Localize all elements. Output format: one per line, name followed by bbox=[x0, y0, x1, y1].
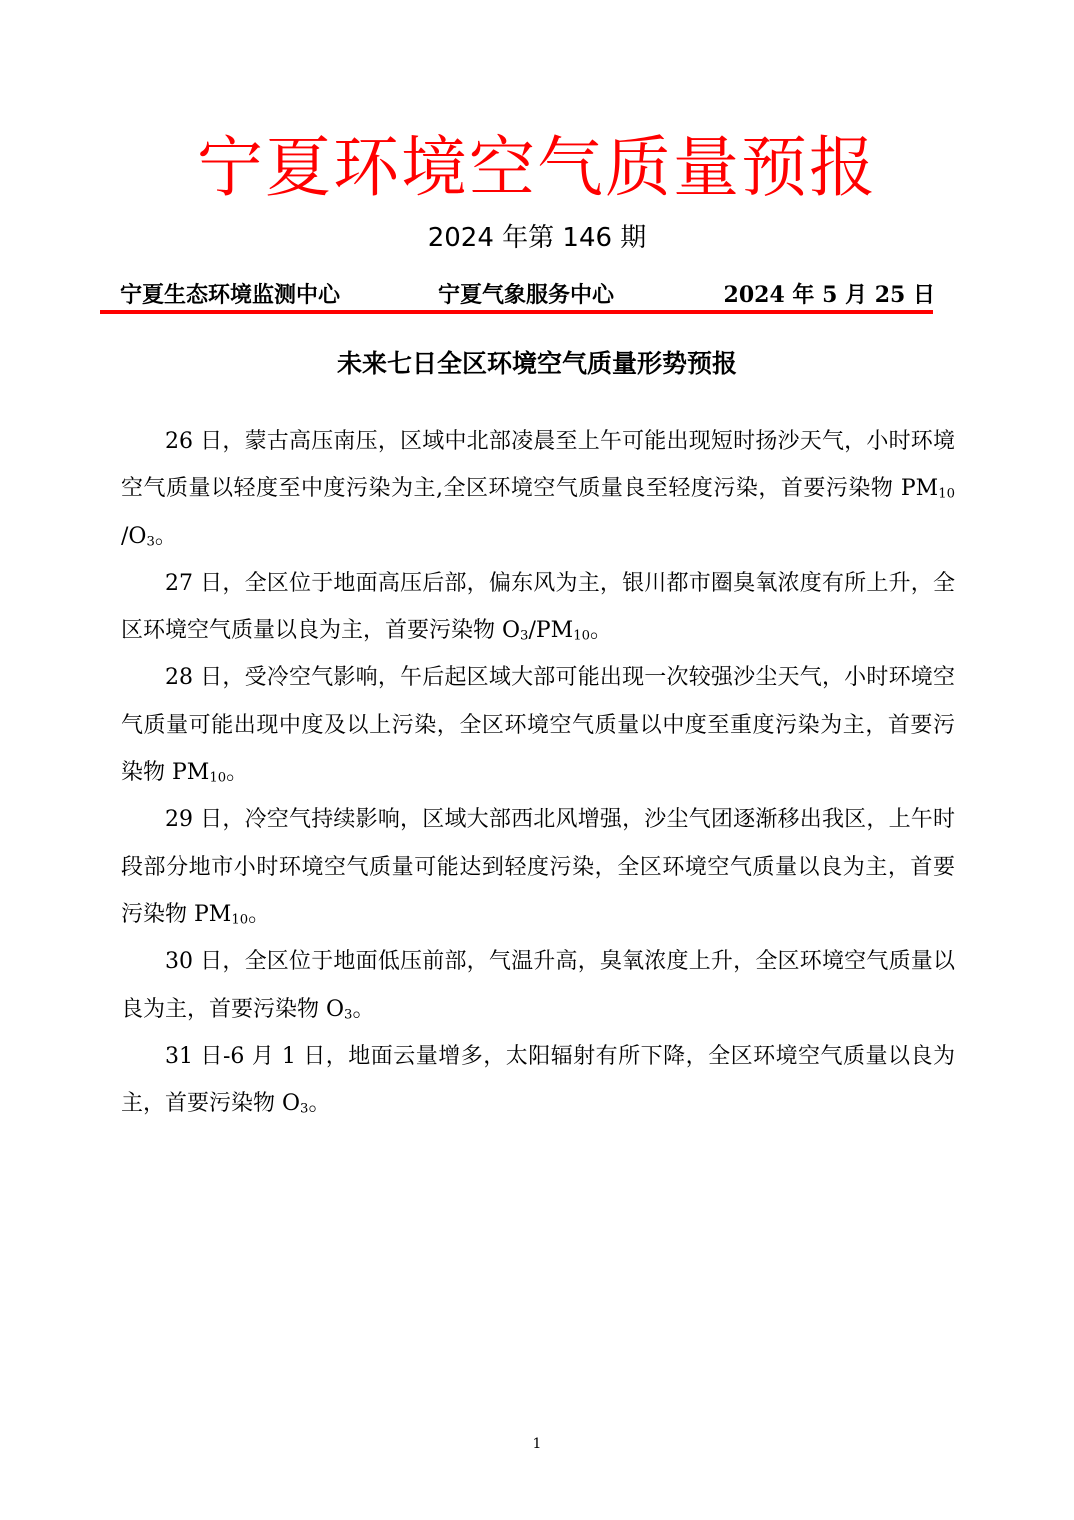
forecast-body: 26 日，蒙古高压南压，区域中北部凌晨至上午可能出现短时扬沙天气，小时环境空气质… bbox=[121, 418, 955, 1127]
issue-number: 2024 年第 146 期 bbox=[0, 220, 1074, 256]
forecast-paragraph-28: 28 日，受冷空气影响，午后起区域大部可能出现一次较强沙尘天气，小时环境空气质量… bbox=[121, 654, 955, 796]
page-number: 1 bbox=[0, 1436, 1074, 1452]
report-title: 宁夏环境空气质量预报 bbox=[0, 128, 1074, 208]
publisher-meteorological-center: 宁夏气象服务中心 bbox=[438, 278, 614, 309]
forecast-paragraph-31: 31 日-6 月 1 日，地面云量增多，太阳辐射有所下降，全区环境空气质量以良为… bbox=[121, 1033, 955, 1128]
section-heading: 未来七日全区环境空气质量形势预报 bbox=[0, 346, 1074, 382]
forecast-paragraph-26: 26 日，蒙古高压南压，区域中北部凌晨至上午可能出现短时扬沙天气，小时环境空气质… bbox=[121, 418, 955, 560]
forecast-paragraph-30: 30 日，全区位于地面低压前部，气温升高，臭氧浓度上升，全区环境空气质量以良为主… bbox=[121, 938, 955, 1033]
publish-date: 2024 年 5 月 25 日 bbox=[724, 278, 935, 309]
publisher-monitoring-center: 宁夏生态环境监测中心 bbox=[120, 278, 340, 309]
red-divider bbox=[100, 310, 933, 314]
publisher-row: 宁夏生态环境监测中心 宁夏气象服务中心 2024 年 5 月 25 日 bbox=[120, 278, 935, 312]
forecast-paragraph-29: 29 日，冷空气持续影响，区域大部西北风增强，沙尘气团逐渐移出我区，上午时段部分… bbox=[121, 796, 955, 938]
forecast-paragraph-27: 27 日，全区位于地面高压后部，偏东风为主，银川都市圈臭氧浓度有所上升，全区环境… bbox=[121, 560, 955, 655]
